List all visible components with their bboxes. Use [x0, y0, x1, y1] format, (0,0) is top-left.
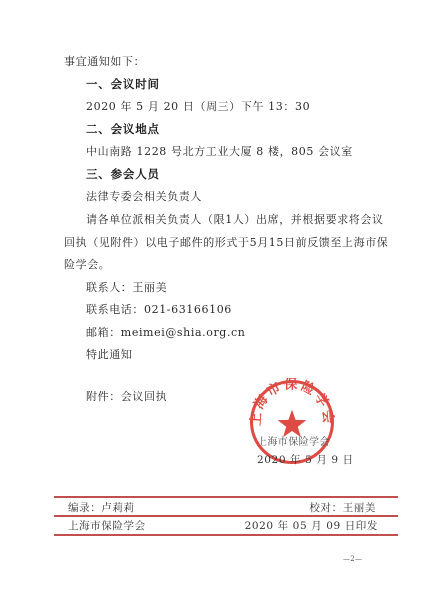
request-line-1: 请各单位派相关负责人（限1人）出席，并根据要求将会议 [86, 213, 384, 227]
meeting-time: 2020 年 5 月 20 日（周三）下午 13：30 [86, 100, 310, 114]
contact-phone: 联系电话：021-63166106 [86, 303, 232, 317]
footer-proofreader: 校对：王丽美 [309, 502, 376, 515]
attendees: 法律专委会相关负责人 [86, 190, 202, 204]
attachment-text: 附件：会议回执 [86, 390, 167, 404]
footer-rule-middle [54, 515, 398, 517]
footer-issue-date: 2020 年 05 月 09 日印发 [245, 520, 378, 533]
intro-text: 事宜通知如下： [64, 55, 145, 69]
contact-person: 联系人：王丽美 [86, 281, 167, 295]
footer-editor: 编录：卢莉莉 [68, 502, 135, 515]
signature-date: 2020 年 5 月 9 日 [257, 452, 354, 467]
footer-rule-top [54, 496, 398, 498]
contact-email: 邮箱：meimei@shia.org.cn [86, 326, 245, 340]
request-line-2: 回执（见附件）以电子邮件的形式于5月15日前反馈至上海市保 [64, 236, 388, 250]
closing-text: 特此通知 [86, 348, 132, 362]
section-heading-location: 二、会议地点 [86, 122, 160, 136]
signature-organization: 上海市保险学会 [257, 433, 330, 448]
request-line-3: 险学会。 [64, 258, 110, 272]
page-number: —2— [343, 555, 362, 563]
meeting-location: 中山南路 1228 号北方工业大厦 8 楼，805 会议室 [86, 145, 353, 159]
section-heading-time: 一、会议时间 [86, 77, 160, 91]
footer-rule-bottom [54, 534, 398, 536]
section-heading-attendees: 三、参会人员 [86, 167, 160, 181]
footer-issuer: 上海市保险学会 [68, 520, 146, 533]
